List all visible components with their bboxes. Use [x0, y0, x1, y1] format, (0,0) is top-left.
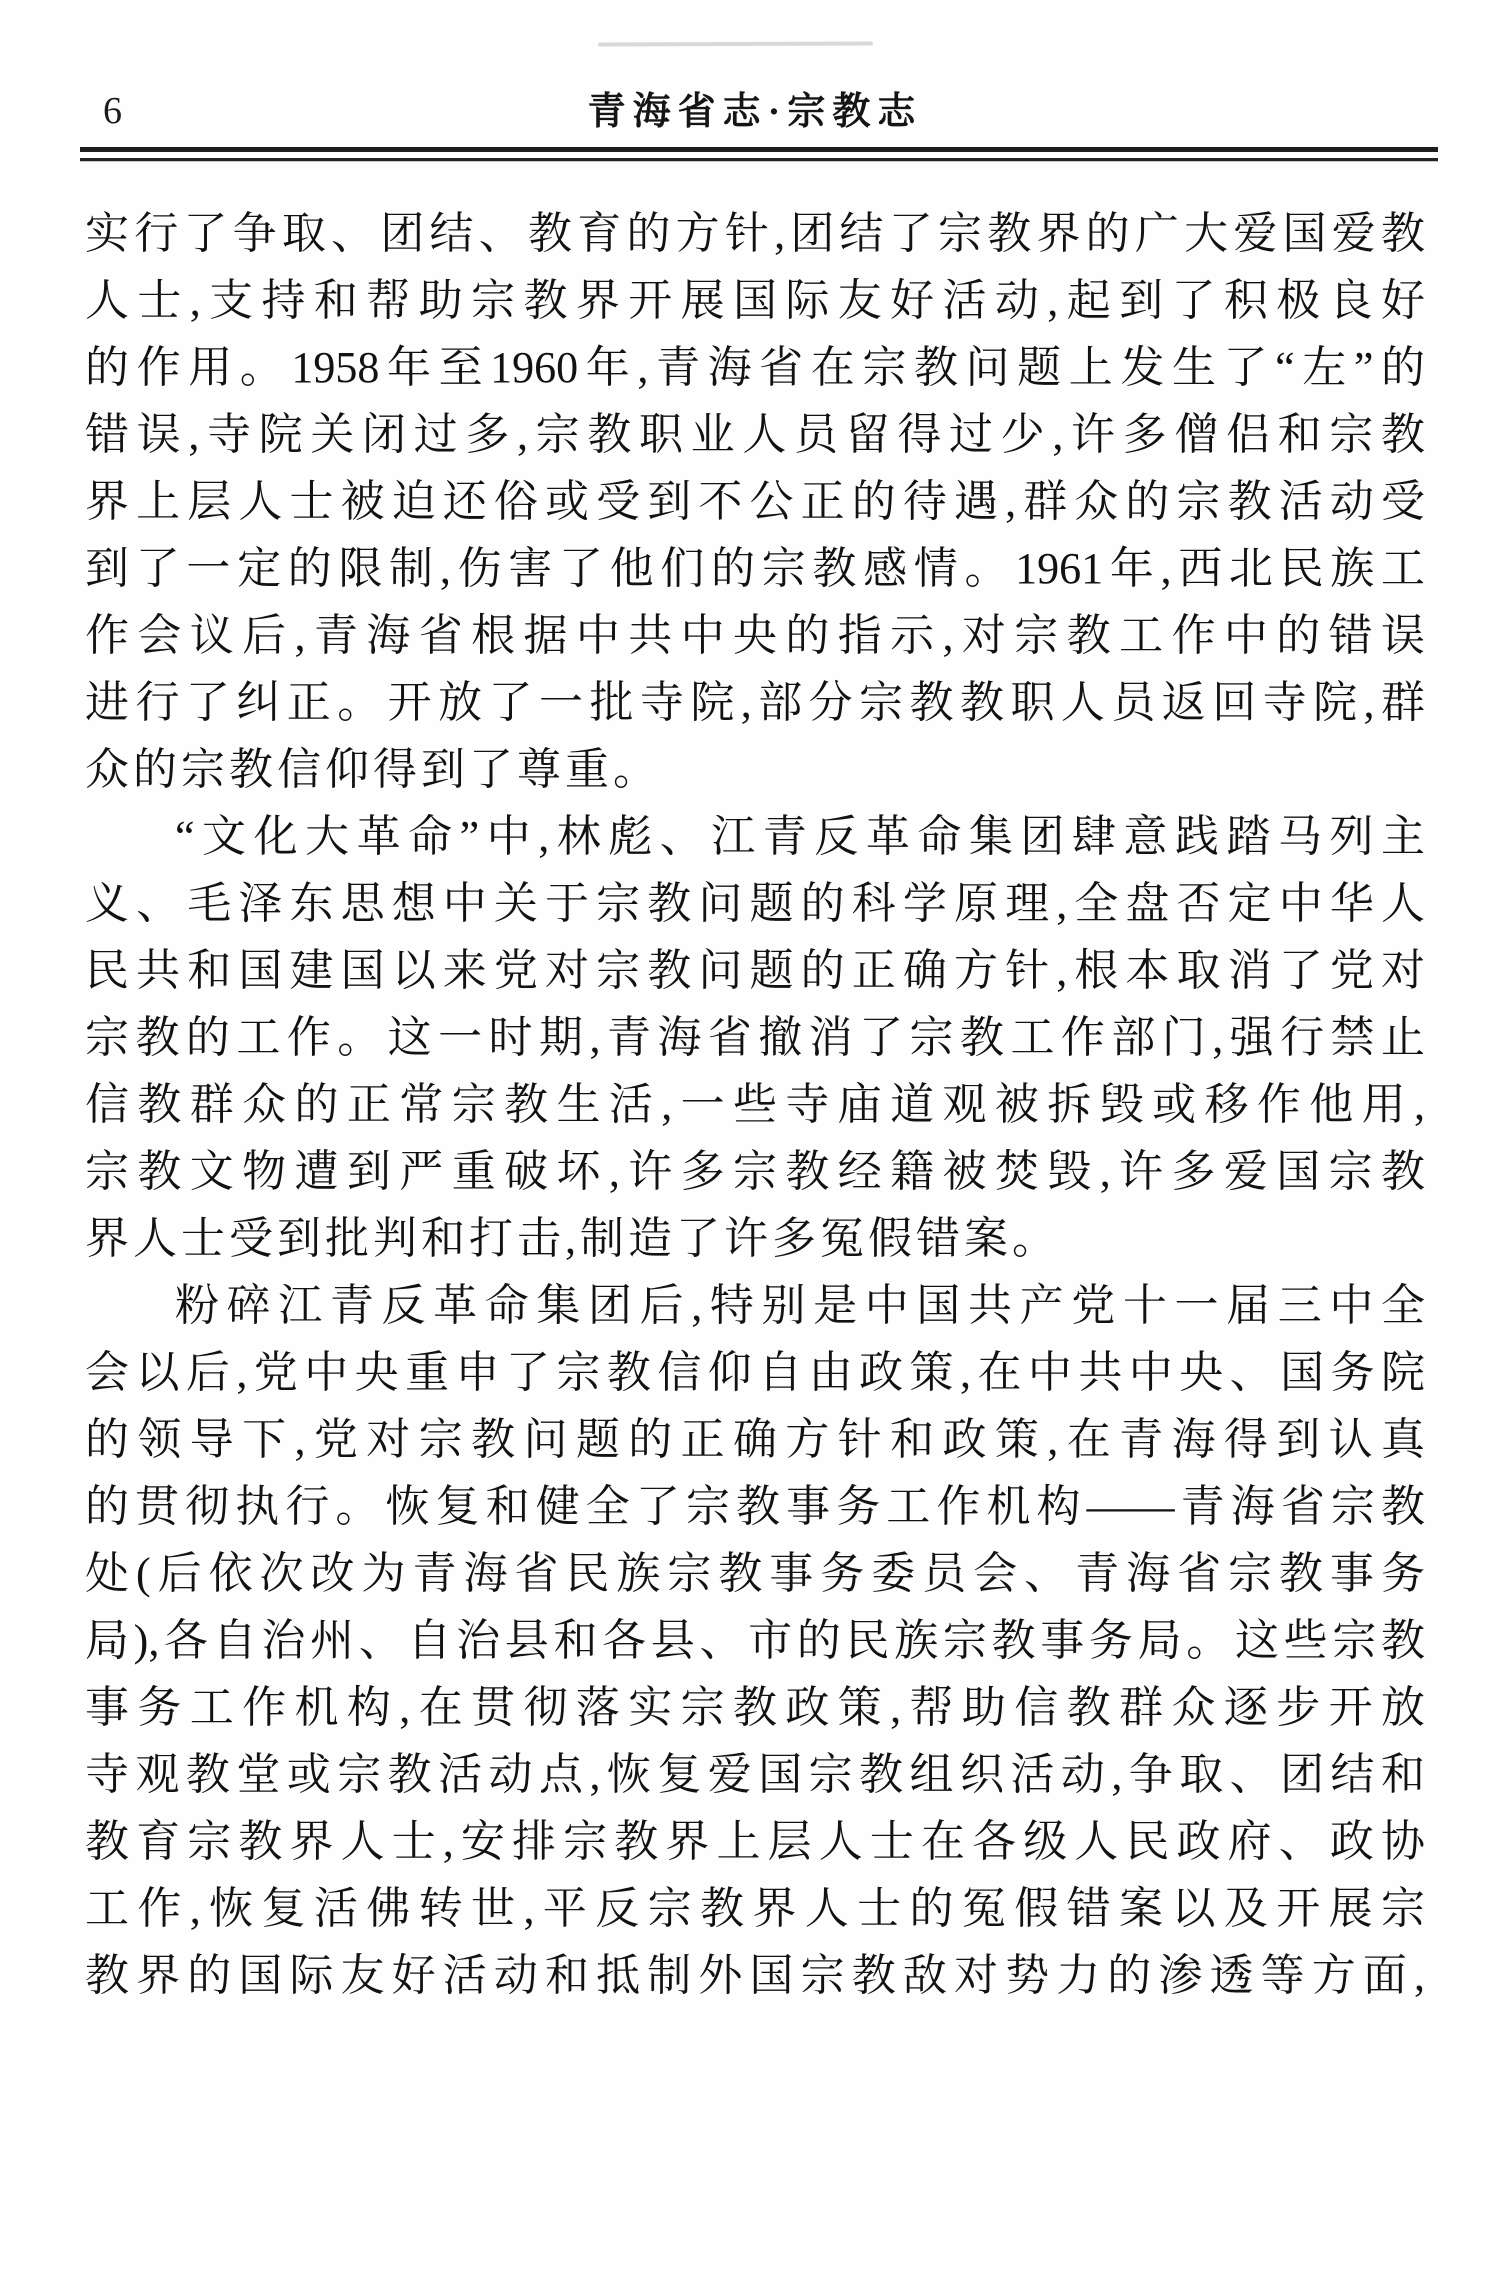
text-line: “文化大革命”中,林彪、江青反革命集团肆意践踏马列主	[85, 803, 1425, 870]
text-line: 进行了纠正。开放了一批寺院,部分宗教教职人员返回寺院,群	[85, 669, 1425, 736]
text-line: 工作,恢复活佛转世,平反宗教界人士的冤假错案以及开展宗	[85, 1875, 1425, 1942]
text-line: 界上层人士被迫还俗或受到不公正的待遇,群众的宗教活动受	[85, 468, 1425, 535]
text-line: 众的宗教信仰得到了尊重。	[85, 736, 1425, 803]
text-line: 义、毛泽东思想中关于宗教问题的科学原理,全盘否定中华人	[85, 870, 1425, 937]
text-line: 会以后,党中央重申了宗教信仰自由政策,在中共中央、国务院	[85, 1339, 1425, 1406]
text-line: 教界的国际友好活动和抵制外国宗教敌对势力的渗透等方面,	[85, 1942, 1425, 2009]
text-line: 到了一定的限制,伤害了他们的宗教感情。1961年,西北民族工	[85, 535, 1425, 602]
text-line: 寺观教堂或宗教活动点,恢复爱国宗教组织活动,争取、团结和	[85, 1741, 1425, 1808]
text-line: 教育宗教界人士,安排宗教界上层人士在各级人民政府、政协	[85, 1808, 1425, 1875]
text-line: 实行了争取、团结、教育的方针,团结了宗教界的广大爱国爱教	[85, 200, 1425, 267]
text-line: 的作用。1958年至1960年,青海省在宗教问题上发生了“左”的	[85, 334, 1425, 401]
text-line: 信教群众的正常宗教生活,一些寺庙道观被拆毁或移作他用,	[85, 1071, 1425, 1138]
text-line: 局),各自治州、自治县和各县、市的民族宗教事务局。这些宗教	[85, 1607, 1425, 1674]
text-line: 宗教文物遭到严重破坏,许多宗教经籍被焚毁,许多爱国宗教	[85, 1138, 1425, 1205]
text-line: 错误,寺院关闭过多,宗教职业人员留得过少,许多僧侣和宗教	[85, 401, 1425, 468]
text-line: 处(后依次改为青海省民族宗教事务委员会、青海省宗教事务	[85, 1540, 1425, 1607]
header-double-rule	[80, 147, 1438, 161]
book-page: 6 青海省志·宗教志 实行了争取、团结、教育的方针,团结了宗教界的广大爱国爱教 …	[0, 0, 1500, 2274]
text-line: 事务工作机构,在贯彻落实宗教政策,帮助信教群众逐步开放	[85, 1674, 1425, 1741]
scan-artifact	[598, 42, 873, 47]
text-line: 宗教的工作。这一时期,青海省撤消了宗教工作部门,强行禁止	[85, 1004, 1425, 1071]
text-line: 作会议后,青海省根据中共中央的指示,对宗教工作中的错误	[85, 602, 1425, 669]
text-line: 民共和国建国以来党对宗教问题的正确方针,根本取消了党对	[85, 937, 1425, 1004]
text-line: 人士,支持和帮助宗教界开展国际友好活动,起到了积极良好	[85, 267, 1425, 334]
text-line: 的贯彻执行。恢复和健全了宗教事务工作机构——青海省宗教	[85, 1473, 1425, 1540]
body-text: 实行了争取、团结、教育的方针,团结了宗教界的广大爱国爱教 人士,支持和帮助宗教界…	[85, 200, 1425, 2009]
page-header: 6 青海省志·宗教志	[85, 88, 1425, 138]
text-line: 粉碎江青反革命集团后,特别是中国共产党十一届三中全	[85, 1272, 1425, 1339]
text-line: 的领导下,党对宗教问题的正确方针和政策,在青海得到认真	[85, 1406, 1425, 1473]
header-title: 青海省志·宗教志	[85, 90, 1425, 134]
text-line: 界人士受到批判和打击,制造了许多冤假错案。	[85, 1205, 1425, 1272]
